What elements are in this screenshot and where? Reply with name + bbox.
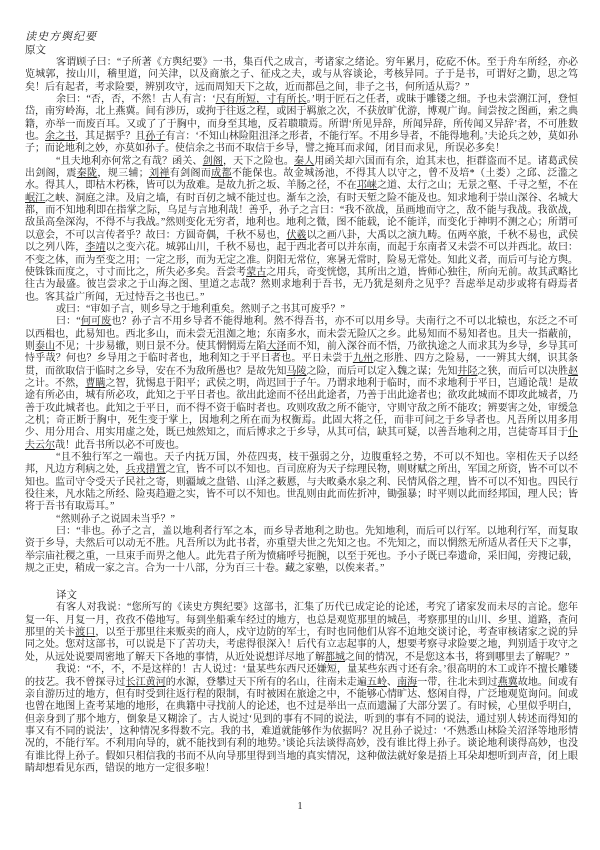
proper-noun-underline: 尺有所短，寸有所长: [216, 94, 307, 105]
proper-noun-underline: 井陉: [457, 366, 477, 377]
proper-noun-underline: 刘禅: [149, 168, 170, 179]
proper-noun-underline: 南海: [397, 677, 417, 688]
proper-noun-underline: 兵戎措置: [126, 464, 166, 475]
proper-noun-underline: 九州: [353, 353, 374, 364]
paragraph: 我说：“不，不，不是这样的！古人说过：‘量某些东西尺还嫌短，量某些东西寸还有余。…: [25, 664, 578, 775]
proper-noun-underline: 剑阁: [203, 156, 223, 167]
page-number: 1: [0, 801, 600, 812]
proper-noun-underline: 余之书: [45, 131, 75, 142]
paragraph: 客谓顾子曰：“子所著《方舆纪要》一书，集百代之成言，考诸家之绪论。穷年累月，矻矻…: [25, 57, 578, 94]
proper-noun-underline: 秦人: [294, 156, 314, 167]
translation-text-body: 有客人对我说：“您所写的《读史方舆纪要》这部书，汇集了历代已成定论的论述，考究了…: [25, 602, 578, 775]
proper-noun-underline: 何可废: [81, 316, 112, 327]
proper-noun-underline: 马陵: [286, 366, 306, 377]
paragraph: 或曰：“审如子言，则乡导之于地利重矣。然则子之书其可废乎？”: [25, 304, 578, 316]
proper-noun-underline: 成都: [211, 168, 232, 179]
paragraph: “然则孙子之说固未当乎？”: [25, 514, 578, 526]
section-translation: 译文 有客人对我说：“您所写的《读史方舆纪要》这部书，汇集了历代已成定论的论述，…: [25, 589, 578, 775]
section-heading-original: 原文: [25, 44, 578, 57]
paragraph: “且夫地利亦何常之有哉？函关、剑阁，天下之险也。秦人用函关却六国而有余，迨其末也…: [25, 156, 578, 304]
proper-noun-underline: 邛崃: [357, 180, 377, 191]
proper-noun-underline: 孙子: [145, 131, 165, 142]
proper-noun-underline: 都城: [325, 652, 345, 663]
proper-noun-underline: 曹瞒: [85, 378, 105, 389]
proper-noun-underline: 李靖: [85, 242, 105, 253]
proper-noun-underline: 长江黄河: [126, 677, 166, 688]
proper-noun-underline: 燕冀: [498, 677, 518, 688]
paragraph: 曰：“非也。孙子之言，盖以地利者行军之本，而乡导者地利之助也。先知地利，而后可以…: [25, 526, 578, 575]
proper-noun-underline: 伏羲: [286, 230, 306, 241]
paragraph: 曰：“何可废也？孙子言不用乡导者不能得地利。然不得吾书，亦不可以用乡导。夫南行之…: [25, 316, 578, 452]
proper-noun-underline: 五岭: [367, 677, 387, 688]
paragraph: 有客人对我说：“您所写的《读史方舆纪要》这部书，汇集了历代已成定论的论述，考究了…: [25, 602, 578, 664]
proper-noun-underline: 大泽: [266, 341, 286, 352]
proper-noun-underline: 蒙古: [246, 267, 266, 278]
document-title: 读史方舆纪要: [25, 31, 578, 44]
proper-noun-underline: 泰山: [35, 341, 55, 352]
document-page: 读史方舆纪要 原文 客谓顾子曰：“子所著《方舆纪要》一书，集百代之成言，考诸家之…: [0, 0, 600, 850]
original-text-body: 客谓顾子曰：“子所著《方舆纪要》一书，集百代之成言，考诸家之绪论。穷年累月，矻矻…: [25, 57, 578, 575]
paragraph: 余曰：“否，否，不然！古人有言：‘尺有所短，寸有所长。’明于匠石之任者，或昧于雕…: [25, 94, 578, 156]
proper-noun-underline: 岷江: [25, 193, 45, 204]
proper-noun-underline: 赵: [568, 366, 578, 377]
proper-noun-underline: 渡口: [75, 627, 95, 638]
section-original: 原文 客谓顾子曰：“子所著《方舆纪要》一书，集百代之成言，考诸家之绪论。穷年累月…: [25, 44, 578, 575]
proper-noun-underline: 仆夫云尔: [25, 427, 578, 450]
paragraph: “且不独行军之一端也。天子内抚万国，外莅四夷，枝干强弱之分，边腹重轻之势，不可以…: [25, 452, 578, 514]
section-heading-translation: 译文: [25, 589, 578, 602]
proper-noun-underline: 秦陇: [77, 168, 98, 179]
